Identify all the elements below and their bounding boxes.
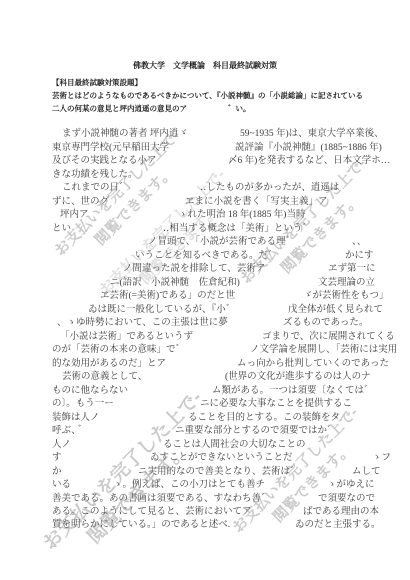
body-text-fragment: ノ間違った説を排除して、芸術ア [123,260,265,274]
body-text-fragment: 装飾は人ノ [52,409,100,423]
body-text-fragment: 、ゝゆ時勢において、この主張は世に夢 [57,314,228,328]
body-text-fragment: で須要なので [318,490,375,504]
body-text-fragment: ることを目的とする。この装飾をタ [188,409,340,423]
body-text-fragment: ム類がある。一つは須要〔なくては゛ [212,382,374,396]
body-text-fragment: ゞが芸術性をもつ」 [303,287,389,301]
body-text-fragment: ゝ。例えば、この小刀はとても善チ [113,476,265,490]
body-text-fragment: ズるものであった。 [283,314,368,328]
section-heading: 【科目最終試験対策設題】 [52,77,142,88]
body-text-fragment: 説評論『小説神髄』(1885~1886 年) [235,139,382,153]
body-text-fragment: (世界の文化が進歩するのは人のナ [225,368,371,382]
body-text-fragment: ずに、世のグ [52,193,109,207]
body-text-fragment: 戊全体が低く見られて [288,301,383,315]
body-text-fragment: ゐすことができないということだ [150,449,293,463]
body-text-fragment: 東京専門学校(元早稲田大学 [52,139,169,153]
page-title: 佛教大学 文学概論 科目最終試験対策 [0,60,410,71]
body-text-fragment: かにす [345,247,374,261]
body-text-fragment: か [52,463,62,477]
body-text-fragment: ゐのだと主張する。 [295,516,381,530]
body-text-fragment: ゴまりで、次に展開されてくる [262,328,395,342]
body-text-fragment: ムっ向から批判していくのであった [237,355,389,369]
body-text-fragment: ゐは既に一般化しているが、『小゛ [88,301,235,315]
body-text-fragment: ‥相当する概念は「美術」という゛ [163,220,312,234]
body-text-fragment: ノ冒頭で、「小説が芸術である理゛ [148,233,295,247]
body-text-fragment: 「小説は芸術」であるというず [60,328,193,342]
body-text-fragment: ニ重要な部分とするので須要ではか゛ [175,422,337,436]
body-text-fragment: 質を明らかにしている。」のであると述べ. [52,516,230,530]
body-text-fragment: ゝれた明治 18 年(1885 年)当時 [178,206,305,220]
body-text-fragment: の〕。もう一ー [52,395,114,409]
question-text-line1: 芸術とはどのようなものであるべきかについて、『小説神髄』の「小説総論」に記されて… [52,90,363,101]
body-text-fragment: ニ(語訳 小説神髄 佐倉紀和) ゙ [110,274,250,288]
body-text-fragment: ものに他ならない [52,382,128,396]
body-text-fragment: ムして [352,463,381,477]
body-text-fragment: 芸術の意義として、 [62,368,147,382]
body-text-fragment: 〆6 年)を発表するなど、日本文学ホ… [228,152,390,166]
body-text-fragment: 、、 [352,233,366,247]
body-text-fragment: す [52,449,62,463]
body-text-fragment: ニに必要な大事なことを提供するこ [200,395,352,409]
body-text-fragment: 59~1935 年)は、東京大学卒業後、 [240,125,384,139]
body-text-fragment: いる [52,476,71,490]
body-text-fragment: 及びその実践となる小ア [52,152,157,166]
body-text-fragment: ヱず第一に [328,260,376,274]
question-text-line2-right: ゛い。 [228,103,251,114]
body-text-fragment: ノ文学論を展開し、「芸術には実用 [250,341,397,355]
body-text-fragment: 善美である。あの書画は須要である、すなわち善゛ [52,490,271,504]
body-text-fragment: ‥したものが多かったが、逍遥は [200,179,339,193]
body-text-fragment: 呼ぶ、゙ [52,422,81,436]
body-text-fragment: ある。このようにして見ると、芸術においてア [52,503,252,517]
body-text-fragment: ヱまに小説を書く「写実主義」ア [185,193,328,207]
body-text-fragment: ヱ芸術(=美術)である」のだと世 [100,287,235,301]
body-text-fragment: のが「芸術の本来の意味」で゛ [52,341,185,355]
body-text-fragment: いうことを知るべきである。だ゛ [135,247,278,261]
body-text-fragment: 文芸理論の立 [318,274,375,288]
body-text-fragment: ることは人間社会の大切なことの [163,436,306,450]
body-text-fragment: ゝがゆえに [327,476,375,490]
question-text-line2-left: 二人の何某の意見と坪内逍遥の意見のア [52,103,187,114]
body-text-fragment: とい [52,220,71,234]
body-text-fragment: きな功績を残した。 [52,166,138,180]
document-page: 佛教大学 文学概論 科目最終試験対策 【科目最終試験対策設題】 芸術とはどのよう… [0,0,410,580]
body-text-fragment: これまでの日゛ [62,179,129,193]
body-text-fragment: まず小説神髄の著者 坪内逍ゞ [62,125,188,139]
body-text-fragment: ゝフ [372,449,391,463]
body-text-fragment: 人ノ [52,436,71,450]
body-text-fragment: 坪内ア [60,206,89,220]
body-text-fragment: ばである理由の本 [303,503,379,517]
body-text-fragment: 的な効用があるのだ」とア [52,355,166,369]
body-text-fragment: ニ実用的なので善美となり、芸術は゛ [138,463,300,477]
